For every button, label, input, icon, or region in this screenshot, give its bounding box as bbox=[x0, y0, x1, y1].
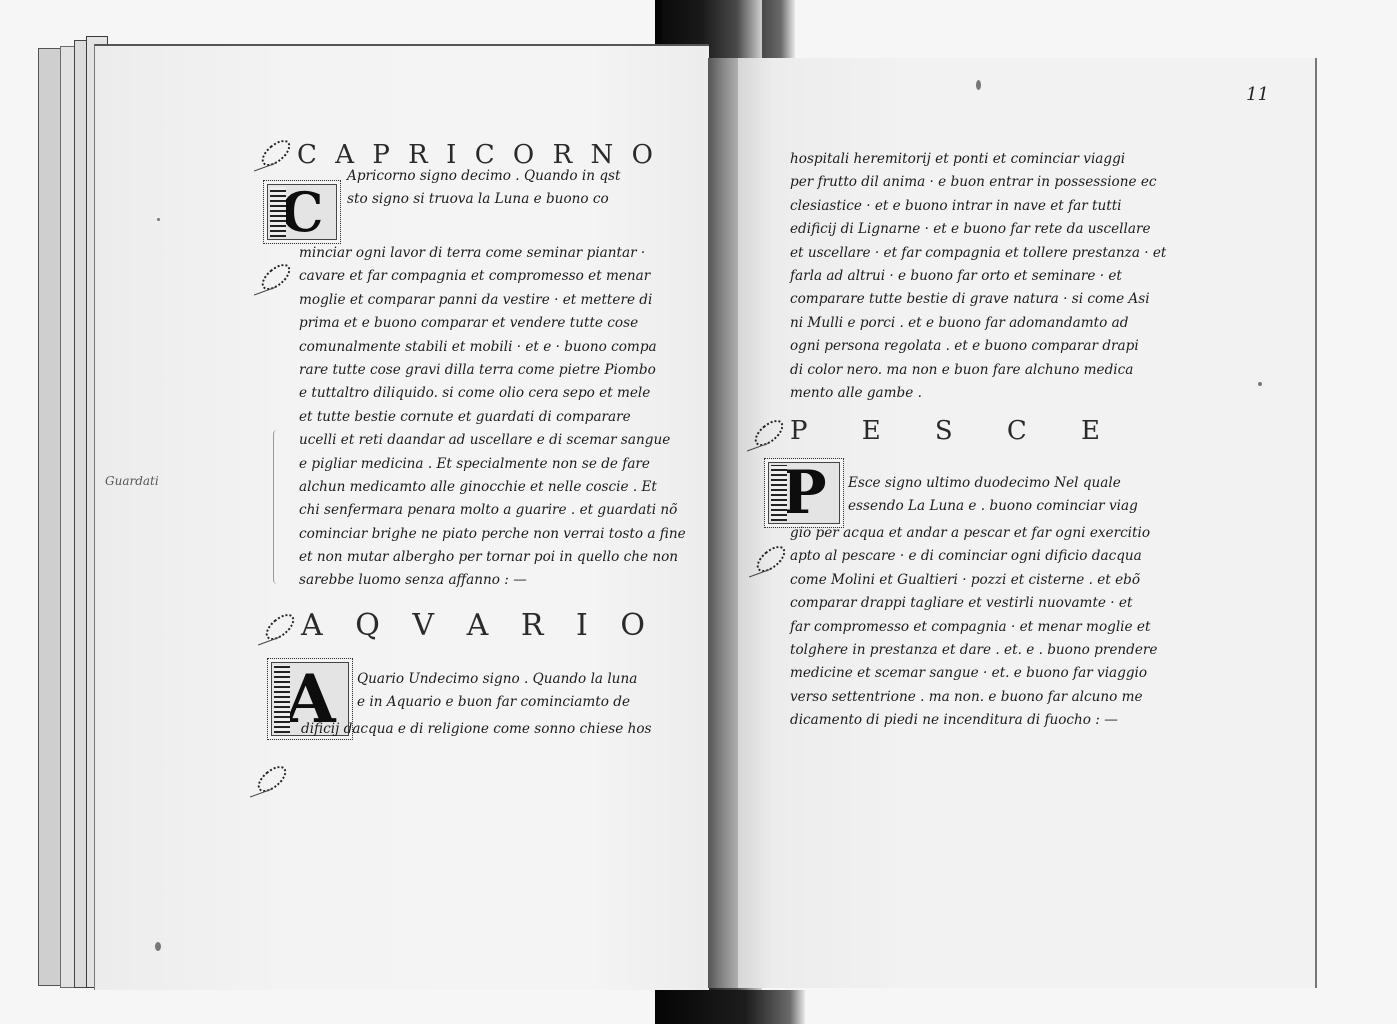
marginal-note: Guardati bbox=[105, 474, 159, 488]
illuminated-initial-p: P bbox=[764, 458, 844, 528]
initial-hatching bbox=[771, 465, 787, 521]
initial-hatching bbox=[270, 187, 286, 237]
leaf-ornament-icon bbox=[261, 609, 299, 645]
aquario-continuation-text: hospitali heremitorij et ponti et cominc… bbox=[790, 148, 1166, 405]
leaf-ornament-icon bbox=[750, 415, 788, 451]
section-heading-pesce: P E S C E bbox=[790, 416, 1100, 446]
aquario-text-top: Quario Undecimo signo . Quando la luna e… bbox=[357, 668, 637, 715]
capricorno-text-top: Apricorno signo decimo . Quando in qst s… bbox=[347, 165, 620, 212]
ink-spot bbox=[976, 80, 981, 90]
capricorno-text: minciar ogni lavor di terra come seminar… bbox=[299, 242, 686, 593]
ink-spot bbox=[155, 942, 161, 951]
leaf-ornament-icon bbox=[257, 135, 295, 171]
illuminated-initial-c: C bbox=[263, 180, 341, 244]
pesce-text: gio per acqua et andar a pescar et far o… bbox=[790, 522, 1157, 733]
leaf-ornament-icon bbox=[253, 761, 291, 797]
margin-bracket bbox=[273, 430, 282, 584]
ink-spot bbox=[157, 218, 160, 221]
aquario-text: dificij dacqua e di religione come sonno… bbox=[301, 718, 652, 741]
left-page: Guardati C A P R I C O R N O C Apricorno… bbox=[94, 44, 709, 990]
pesce-text-top: Esce signo ultimo duodecimo Nel quale es… bbox=[848, 472, 1138, 519]
section-heading-aquario: A Q V A R I O bbox=[301, 608, 645, 643]
leaf-ornament-icon bbox=[752, 541, 790, 577]
folio-number: 11 bbox=[1246, 84, 1269, 105]
ink-spot bbox=[1258, 382, 1262, 386]
initial-hatching bbox=[274, 665, 290, 733]
leaf-ornament-icon bbox=[257, 259, 295, 295]
background-shadow-bottom bbox=[655, 990, 805, 1024]
right-page: 11 hospitali heremitorij et ponti et com… bbox=[738, 58, 1317, 988]
